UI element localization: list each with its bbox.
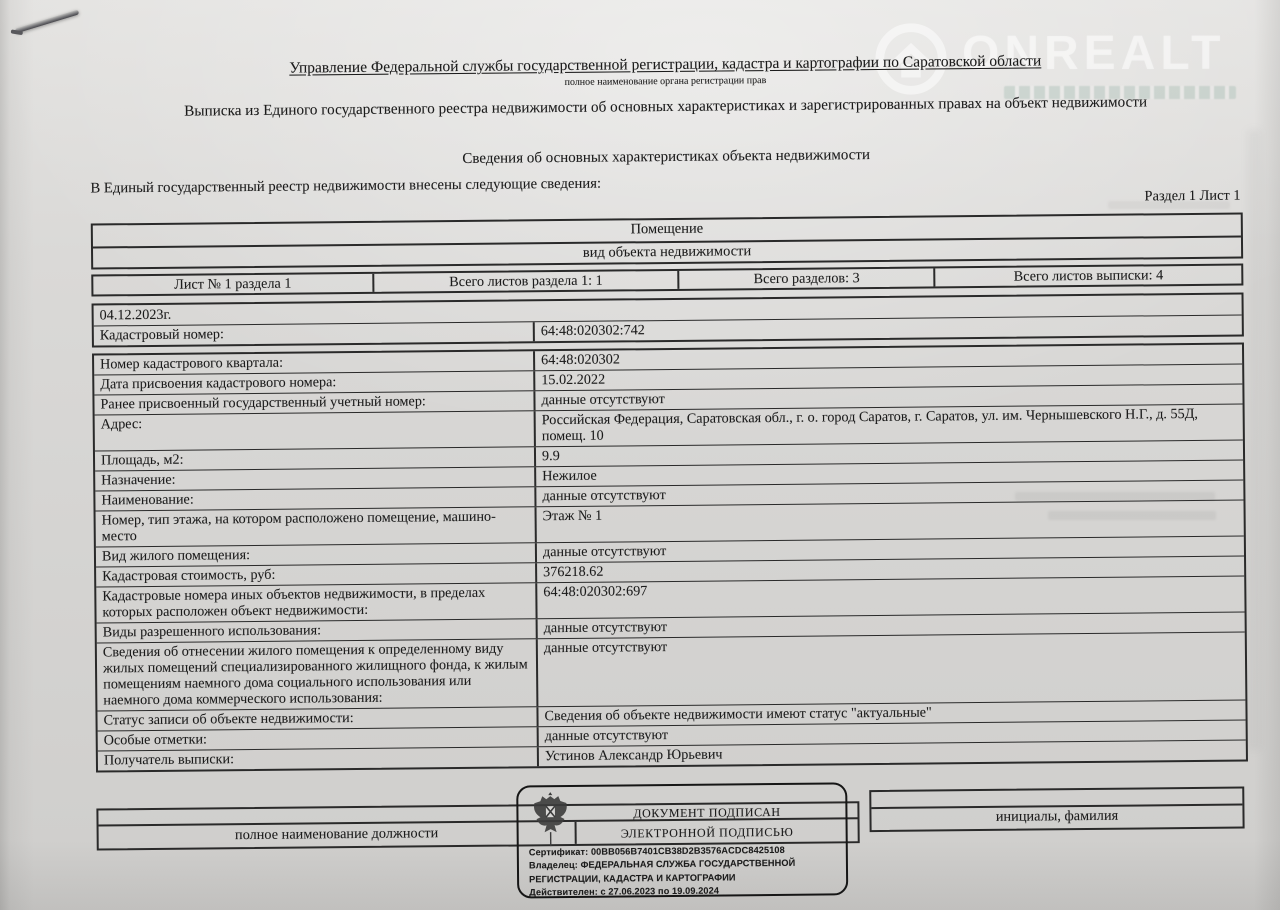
digital-signature-stamp: ДОКУМЕНТ ПОДПИСАН ЭЛЕКТРОННОЙ ПОДПИСЬЮ С…: [516, 782, 848, 898]
signature-area: полное наименование должности инициалы, …: [96, 781, 1249, 910]
row-value: Российская Федерация, Саратовская обл., …: [536, 404, 1243, 446]
stamp-details: Сертификат: 00BB056B7401CB38D2B3576ACDC8…: [529, 843, 843, 900]
stamp-validity: Действителен: с 27.06.2023 по 19.09.2024: [529, 884, 842, 900]
page-edge-shadow: [1248, 130, 1260, 750]
sheet-info-table: Лист № 1 раздела 1 Всего листов раздела …: [91, 263, 1243, 296]
stamp-title-line1: ДОКУМЕНТ ПОДПИСАН: [576, 803, 837, 823]
row-label: Кадастровый номер:: [94, 322, 535, 345]
photographed-document: ONREALT Управление Федеральной службы го…: [0, 0, 1280, 910]
double-headed-eagle-icon: [530, 790, 571, 848]
position-caption: полное наименование должности: [99, 822, 577, 849]
row-label: Получатель выписки:: [98, 747, 539, 770]
stamp-title-line2: ЭЛЕКТРОННОЙ ПОДПИСЬЮ: [577, 821, 838, 845]
row-value: 64:48:020302:742: [535, 315, 1242, 341]
sheet-info-cell: Лист № 1 раздела 1: [93, 274, 372, 295]
record-header-table: 04.12.2023г. Кадастровый номер: 64:48:02…: [92, 292, 1244, 347]
row-label: Адрес:: [95, 411, 536, 450]
row-value: Этаж № 1: [537, 500, 1244, 542]
object-kind-table: Помещение вид объекта недвижимости: [91, 212, 1243, 269]
document-title: Выписка из Единого государственного реес…: [90, 91, 1242, 122]
sheet-info-cell: Всего разделов: 3: [678, 268, 934, 288]
sheet-info-cell: Всего листов выписки: 4: [934, 265, 1242, 286]
row-value: данные отсутствуют: [538, 632, 1246, 706]
name-caption: инициалы, фамилия: [871, 806, 1242, 831]
row-label: Кадастровые номера иных объектов недвижи…: [96, 583, 537, 622]
sheet-info-cell: Всего листов раздела 1: 1: [372, 271, 678, 292]
document-page: Управление Федеральной службы государств…: [89, 0, 1250, 910]
name-table: инициалы, фамилия: [869, 786, 1244, 832]
row-label: Номер, тип этажа, на котором расположено…: [96, 507, 537, 546]
table-row: Сведения об отнесении жилого помещения к…: [97, 631, 1246, 710]
row-label: Сведения об отнесении жилого помещения к…: [97, 639, 539, 710]
staple-icon: [15, 9, 80, 33]
section-heading: Сведения об основных характеристиках объ…: [90, 142, 1242, 172]
main-table: Номер кадастрового квартала: 64:48:02030…: [92, 342, 1248, 772]
row-value: 64:48:020302:697: [537, 576, 1244, 618]
